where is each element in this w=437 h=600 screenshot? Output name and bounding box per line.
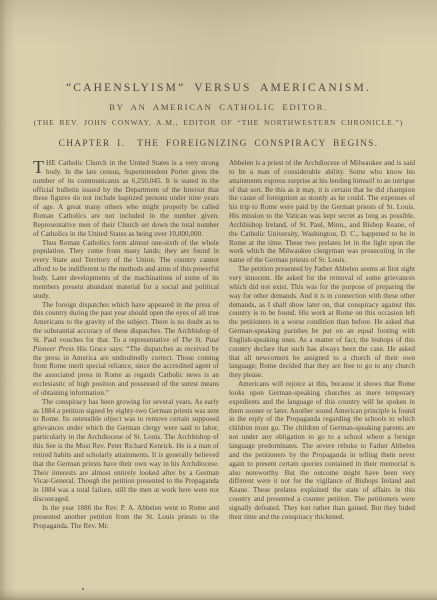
paragraph: The petition presented by Father Abbelen…	[229, 265, 415, 380]
chapter-label: CHAPTER I.	[59, 139, 126, 149]
chapter-title: THE FOREIGNIZING CONSPIRACY BEGINS.	[137, 139, 378, 149]
paragraph: In the year 1886 the Rev. P. A. Abbelen …	[33, 504, 219, 531]
paragraph: The foreign dispatches which have appear…	[33, 301, 219, 398]
editor-note: (THE REV. JOHN CONWAY, A.M., EDITOR OF “…	[0, 118, 437, 127]
left-column: THE Catholic Church in the United States…	[33, 159, 219, 530]
paragraph-opening: THE Catholic Church in the United States…	[33, 159, 219, 239]
article-title: “CAHENSLYISM” VERSUS AMERICANISM.	[0, 82, 437, 94]
two-column-text-body: THE Catholic Church in the United States…	[0, 149, 437, 530]
paragraph: The conspiracy has been growing for seve…	[33, 398, 219, 504]
right-column: Abbelen is a priest of the Archdiocese o…	[229, 159, 415, 530]
paragraph: Americans will rejoice at this, because …	[229, 380, 415, 522]
byline: BY AN AMERICAN CATHOLIC EDITOR.	[0, 102, 437, 112]
paragraph-opening-text: HE Catholic Church in the United States …	[33, 159, 219, 238]
ink-speck	[82, 588, 84, 590]
drop-cap-initial: T	[33, 159, 46, 175]
chapter-heading: CHAPTER I.THE FOREIGNIZING CONSPIRACY BE…	[0, 139, 437, 149]
paragraph: Thus Roman Catholics form almost one-six…	[33, 239, 219, 301]
scanned-book-page: “CAHENSLYISM” VERSUS AMERICANISM. BY AN …	[0, 0, 437, 600]
page-header: “CAHENSLYISM” VERSUS AMERICANISM. BY AN …	[0, 0, 437, 149]
paragraph-continuation: Abbelen is a priest of the Archdiocese o…	[229, 159, 415, 265]
